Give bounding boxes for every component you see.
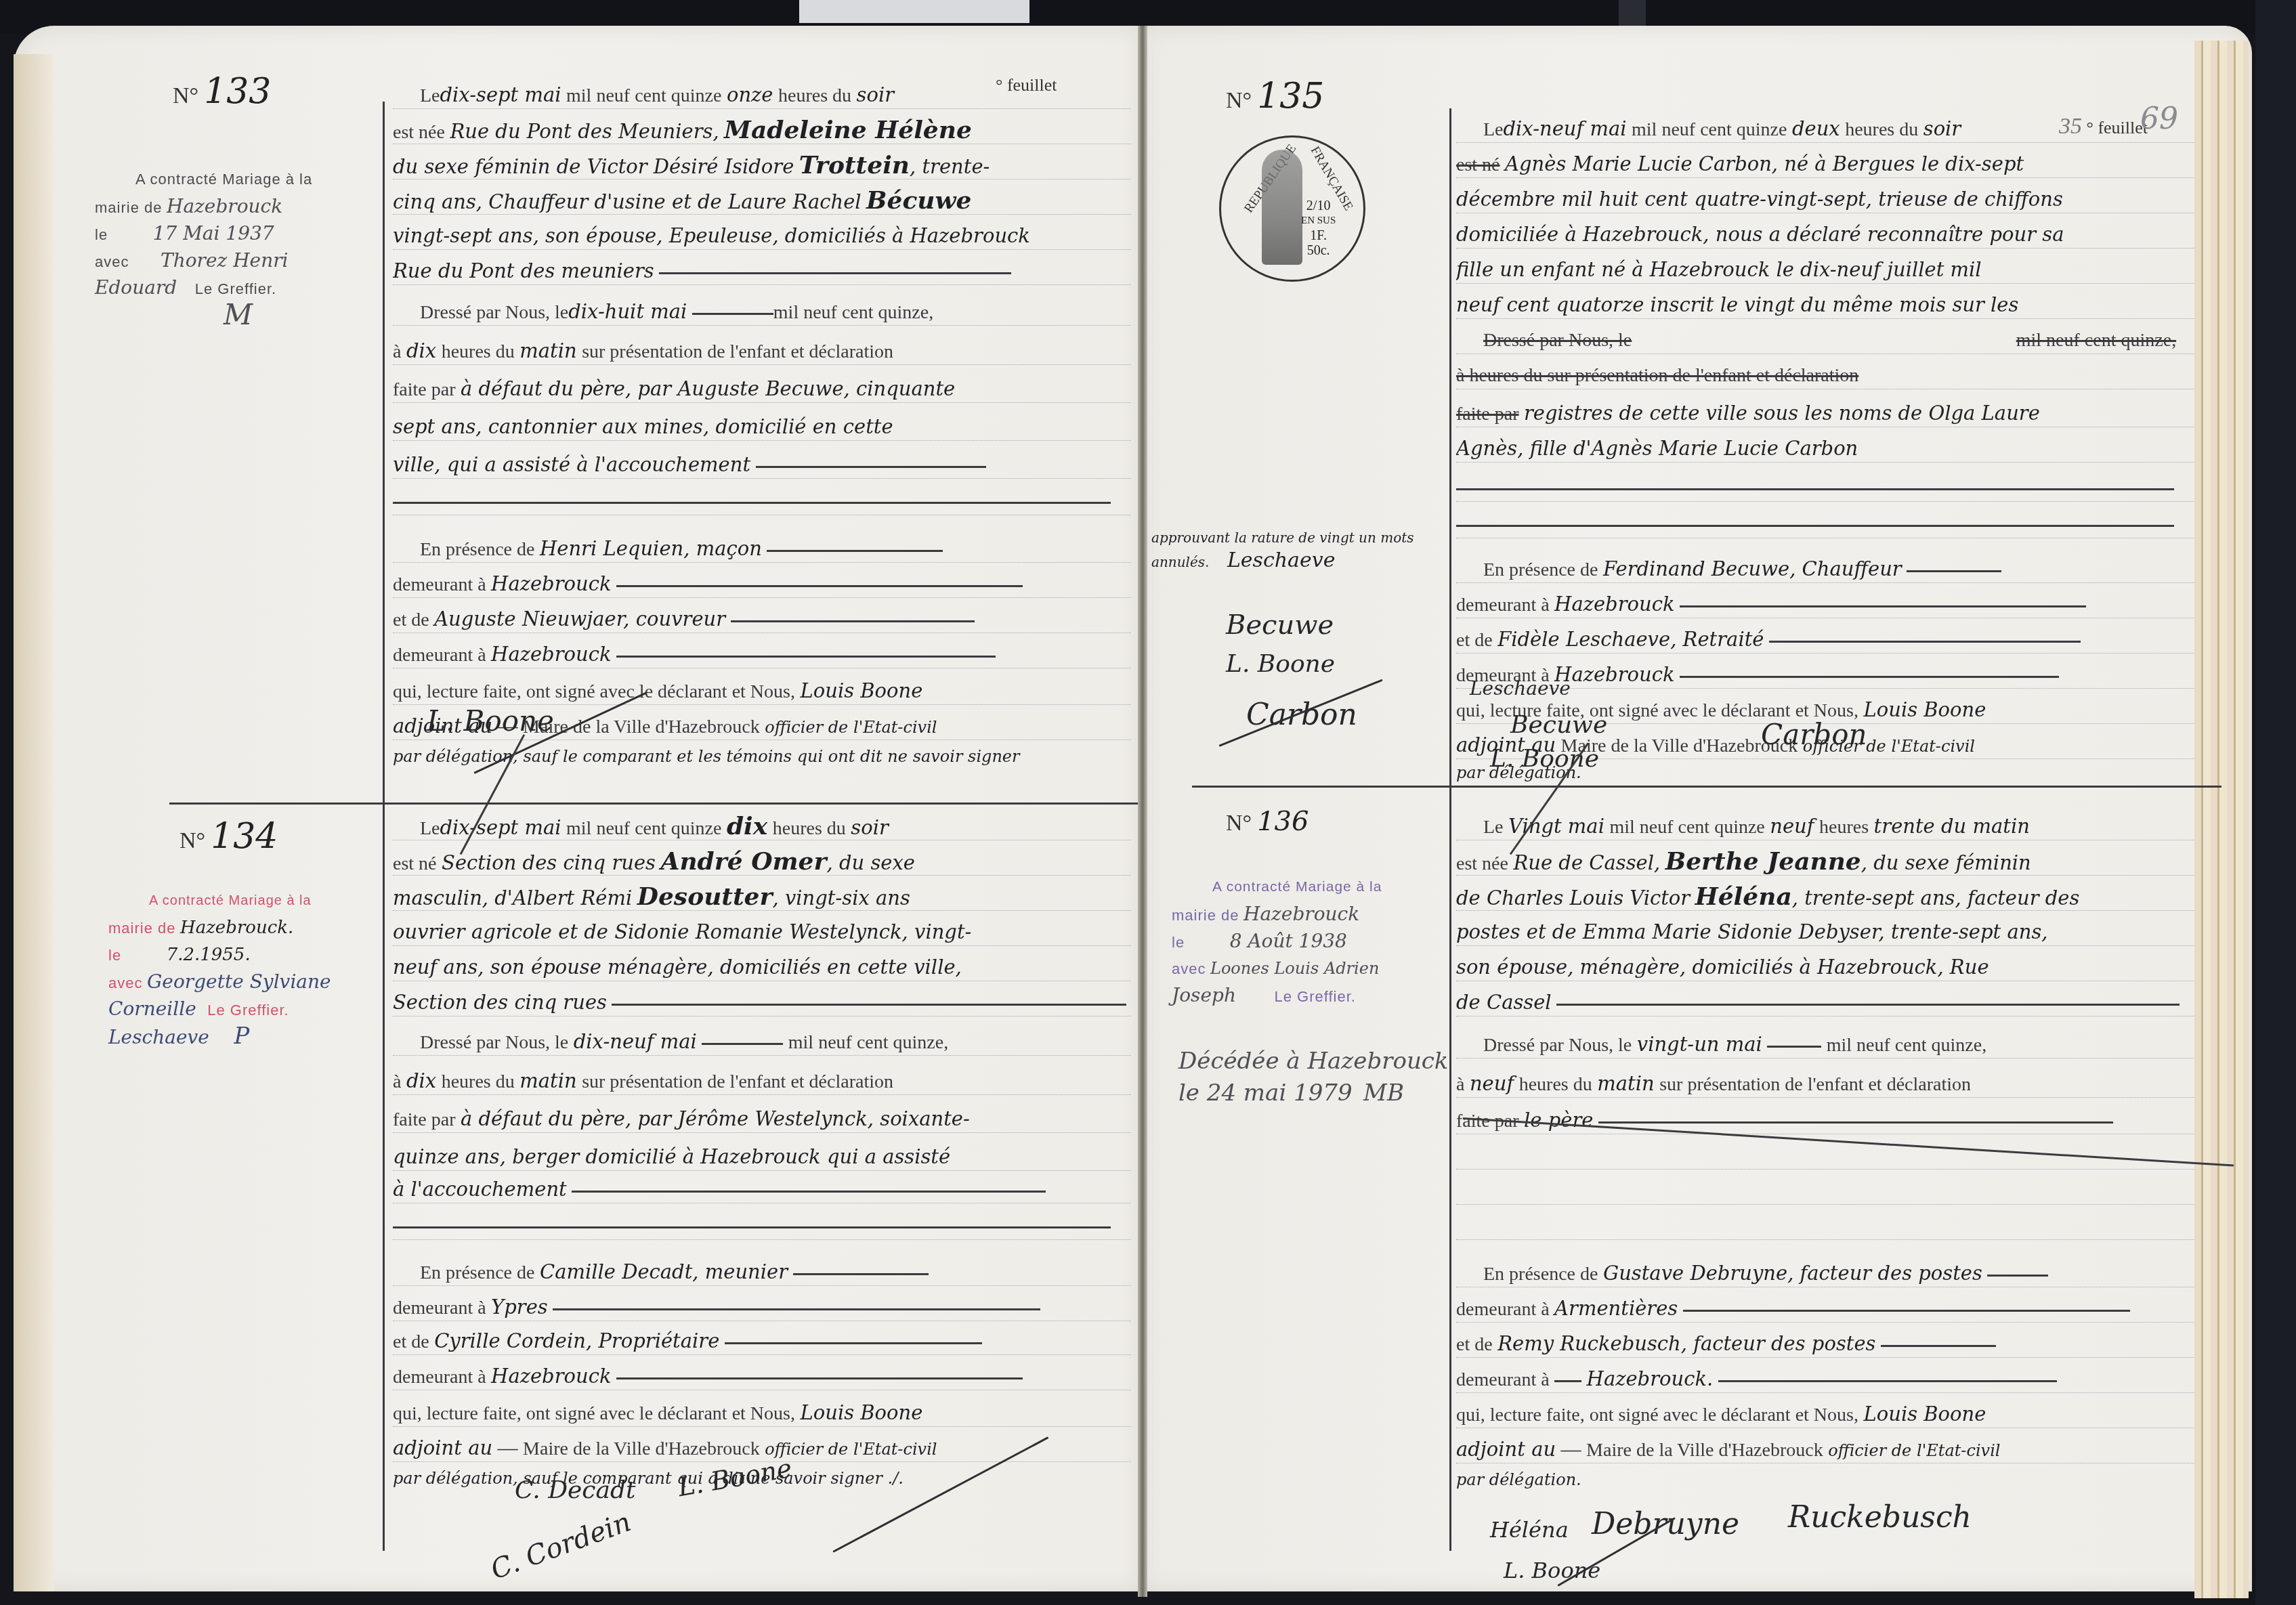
- act-line: par délégation, sauf le comparant et les…: [393, 742, 1131, 769]
- act-line: demeurant à Hazebrouck: [393, 641, 1131, 668]
- act-line: Dressé par Nous, ledix-huit mai mil neuf…: [393, 298, 1131, 326]
- marriage-annotation-133: A contracté Mariage à la mairie de Hazeb…: [95, 166, 379, 328]
- cover-corner: [1619, 0, 1646, 27]
- act-line: Agnès, fille d'Agnès Marie Lucie Carbon: [1456, 435, 2194, 463]
- act-line: domiciliée à Hazebrouck, nous a déclaré …: [1456, 221, 2194, 249]
- act-line: du sexe féminin de Victor Désiré Isidore…: [393, 152, 1131, 179]
- left-column-divider: [383, 102, 385, 1551]
- marriage-annotation-134: A contracté Mariage à la mairie de Hazeb…: [108, 887, 393, 1050]
- act-line: Dressé par Nous, le dix-neuf mai mil neu…: [393, 1028, 1131, 1056]
- act-line: faite par à défaut du père, par Auguste …: [393, 375, 1131, 403]
- act-line: de Charles Louis Victor Héléna, trente-s…: [1456, 883, 2194, 911]
- act-line: demeurant à Ypres: [393, 1293, 1131, 1321]
- page-marker-tab: [799, 0, 1029, 23]
- act-line: ouvrier agricole et de Sidonie Romanie W…: [393, 918, 1131, 946]
- act-line: En présence de Henri Lequien, maçon: [393, 535, 1131, 563]
- marriage-annotation-136: A contracté Mariage à la mairie de Hazeb…: [1172, 874, 1456, 1009]
- act-line: à l'accouchement: [393, 1176, 1131, 1203]
- birth-act-134: Ledix-sept mai mil neuf cent quinze dix …: [393, 813, 1131, 1517]
- act-line: et de Auguste Nieuwjaer, couvreur: [393, 605, 1131, 633]
- act-line: [393, 488, 1131, 515]
- act-line: En présence de Camille Decadt, meunier: [393, 1258, 1131, 1286]
- act-line: En présence de Ferdinand Becuwe, Chauffe…: [1456, 555, 2194, 583]
- act-line: à dix heures du matin sur présentation d…: [393, 1067, 1131, 1095]
- act-line: son épouse, ménagère, domiciliés à Hazeb…: [1456, 954, 2194, 981]
- act-line: qui, lecture faite, ont signé avec le dé…: [393, 677, 1131, 705]
- entry-number-136: N°136: [1226, 806, 1309, 837]
- left-page-edge: [14, 54, 54, 1591]
- entry-separator-left: [169, 802, 1138, 805]
- act-line: Ledix-sept mai mil neuf cent quinze onze…: [393, 81, 1131, 109]
- entry-number-133: N°133: [173, 71, 271, 112]
- act-line: neuf ans, son épouse ménagère, domicilié…: [393, 954, 1131, 981]
- family-name: Héléna: [1695, 883, 1792, 911]
- act-line: Section des cinq rues: [393, 989, 1131, 1016]
- act-line: à dix heures du matin sur présentation d…: [393, 337, 1131, 365]
- act-line: quinze ans, berger domicilié à Hazebrouc…: [393, 1143, 1131, 1171]
- act-line: demeurant à Hazebrouck.: [1456, 1365, 2194, 1393]
- act-line struck: à heures du sur présentation de l'enfant…: [1456, 362, 2194, 389]
- act-line struck: Dressé par Nous, le mil neuf cent quinze…: [1456, 326, 2194, 354]
- act-line: et de Cyrille Cordein, Propriétaire: [393, 1327, 1131, 1355]
- act-line: faite par registres de cette ville sous …: [1456, 400, 2194, 427]
- signature-boone-margin: L. Boone: [1226, 650, 1335, 678]
- signature-decadt: C. Decadt: [515, 1476, 635, 1504]
- signature-becuwe-margin: Becuwe: [1226, 609, 1334, 641]
- act-line: est née Rue de Cassel, Berthe Jeanne, du…: [1456, 848, 2194, 876]
- page-edges: [2194, 41, 2249, 1598]
- act-line: [1456, 1177, 2194, 1205]
- child-name: André Omer: [660, 848, 826, 876]
- entry-separator-right: [1192, 786, 2221, 788]
- act-line: est né Agnès Marie Lucie Carbon, né à Be…: [1456, 150, 2194, 178]
- act-line: [393, 1212, 1131, 1240]
- act-line: ville, qui a assisté à l'accouchement: [393, 451, 1131, 479]
- act-line: et de Fidèle Leschaeve, Retraité: [1456, 626, 2194, 654]
- act-line: demeurant à Armentières: [1456, 1295, 2194, 1323]
- fiscal-stamp-seal: REPUBLIQUE FRANÇAISE 2/10 EN SUS 1F. 50c…: [1219, 135, 1365, 282]
- act-line: est née Rue du Pont des Meuniers, Madele…: [393, 116, 1131, 144]
- entry-number-134: N°134: [179, 816, 278, 857]
- signature-ruckebusch: Ruckebusch: [1788, 1500, 1972, 1535]
- act-line: Rue du Pont des meuniers: [393, 257, 1131, 285]
- act-line: de Cassel: [1456, 989, 2194, 1016]
- right-column-divider: [1449, 108, 1451, 1551]
- book-gutter: [1138, 26, 1147, 1597]
- act-line: [1456, 474, 2194, 502]
- act-line: Ledix-neuf mai mil neuf cent quinze deux…: [1456, 115, 2194, 143]
- act-line: Le Vingt mai mil neuf cent quinze neuf h…: [1456, 813, 2194, 840]
- death-annotation-136: Décédée à Hazebrouck le 24 mai 1979 MB: [1178, 1043, 1449, 1107]
- act-line: qui, lecture faite, ont signé avec le dé…: [393, 1399, 1131, 1427]
- child-name: Berthe Jeanne: [1665, 848, 1861, 876]
- act-line: est né Section des cinq rues André Omer,…: [393, 848, 1131, 876]
- birth-act-133: Ledix-sept mai mil neuf cent quinze onze…: [393, 81, 1131, 786]
- signature-carbon: Carbon: [1761, 718, 1867, 751]
- stamp-value: 2/10 EN SUS 1F. 50c.: [1301, 198, 1336, 258]
- family-name: Trottein: [799, 152, 910, 179]
- act-line: par délégation.: [1456, 1465, 2194, 1493]
- act-line: [1456, 511, 2194, 538]
- open-register-book: ° feuillet 35 ° feuillet 69 N°133 A cont…: [0, 0, 2296, 1605]
- signature-becuwe: Becuwe: [1510, 711, 1607, 739]
- act-line: à neuf heures du matin sur présentation …: [1456, 1070, 2194, 1098]
- act-line: Ledix-sept mai mil neuf cent quinze dix …: [393, 813, 1131, 840]
- act-line: vingt-sept ans, son épouse, Epeuleuse, d…: [393, 222, 1131, 250]
- act-line: masculin, d'Albert Rémi Desoutter, vingt…: [393, 883, 1131, 911]
- entry-number-135: N°135: [1226, 76, 1324, 116]
- act-line: demeurant à Hazebrouck: [393, 1363, 1131, 1390]
- marianne-figure-icon: [1262, 150, 1302, 265]
- act-line: décembre mil huit cent quatre-vingt-sept…: [1456, 186, 2194, 213]
- act-line: neuf cent quatorze inscrit le vingt du m…: [1456, 291, 2194, 319]
- signature-leschaeve: Leschaeve: [1470, 677, 1571, 700]
- act-line: faite par à défaut du père, par Jérôme W…: [393, 1105, 1131, 1133]
- act-line: Dressé par Nous, le vingt-un mai mil neu…: [1456, 1031, 2194, 1058]
- act-line: [1456, 1212, 2194, 1240]
- signature-helena: Héléna: [1490, 1517, 1569, 1543]
- act-line: demeurant à Hazebrouck: [1456, 591, 2194, 618]
- erasure-approval-note: approuvant la rature de vingt un mots an…: [1151, 528, 1443, 574]
- book-cover-right: [2255, 0, 2296, 1605]
- act-line: demeurant à Hazebrouck: [393, 570, 1131, 598]
- act-line: sept ans, cantonnier aux mines, domicili…: [393, 413, 1131, 441]
- act-line: qui, lecture faite, ont signé avec le dé…: [1456, 1400, 2194, 1428]
- act-line: En présence de Gustave Debruyne, facteur…: [1456, 1260, 2194, 1287]
- act-line: et de Remy Ruckebusch, facteur des poste…: [1456, 1330, 2194, 1358]
- act-line: faite par le père: [1456, 1107, 2194, 1134]
- act-line: adjoint au — Maire de la Ville d'Hazebro…: [1456, 1436, 2194, 1463]
- act-line: fille un enfant né à Hazebrouck le dix-n…: [1456, 256, 2194, 284]
- child-name: Madeleine Hélène: [724, 116, 972, 144]
- signature-boone-133: L. Boone: [427, 704, 554, 737]
- act-line: postes et de Emma Marie Sidonie Debyser,…: [1456, 918, 2194, 946]
- act-line: cinq ans, Chauffeur d'usine et de Laure …: [393, 187, 1131, 215]
- birth-act-136: Le Vingt mai mil neuf cent quinze neuf h…: [1456, 813, 2194, 1490]
- family-name: Desoutter: [637, 883, 773, 911]
